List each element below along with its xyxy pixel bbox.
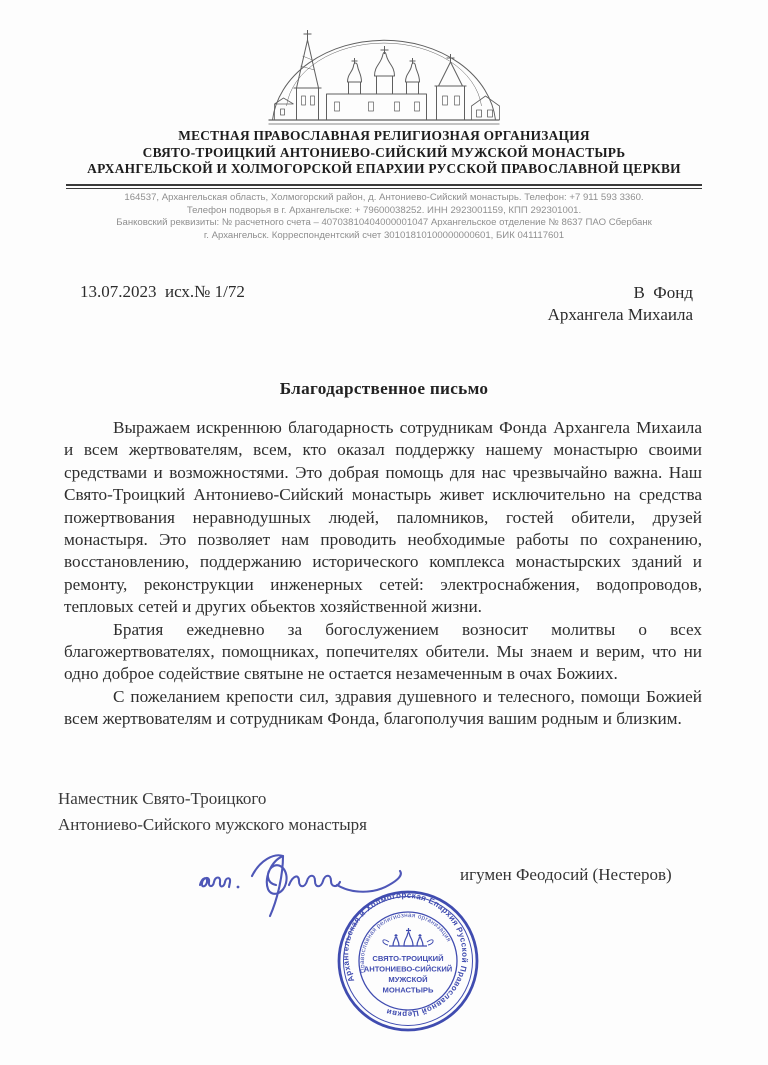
signoff-line-2: Антониево-Сийского мужского монастыря (58, 812, 367, 838)
contact-line-2: Телефон подворья в г. Архангельске: + 79… (40, 205, 728, 218)
org-name-line-1: МЕСТНАЯ ПРАВОСЛАВНАЯ РЕЛИГИОЗНАЯ ОРГАНИЗ… (0, 128, 768, 145)
signer-name: игумен Феодосий (Нестеров) (460, 865, 672, 885)
letter-title: Благодарственное письмо (0, 379, 768, 399)
body-paragraph-1: Выражаем искреннюю благодарность сотрудн… (64, 417, 702, 619)
signoff-line-1: Наместник Свято-Троицкого (58, 786, 367, 812)
monastery-logo (267, 16, 502, 133)
recipient-block: В Фонд Архангела Михаила (548, 282, 693, 325)
stamp-center-line-2: АНТОНИЕВО-СИЙСКИЙ (364, 965, 453, 974)
body-paragraph-2: Братия ежедневно за богослужением вознос… (64, 619, 702, 686)
body-paragraph-3: С пожеланием крепости сил, здравия душев… (64, 686, 702, 731)
org-name-line-3: АРХАНГЕЛЬСКОЙ И ХОЛМОГОРСКОЙ ЕПАРХИИ РУС… (0, 161, 768, 178)
contact-line-4: г. Архангельск. Корреспондентский счет 3… (40, 230, 728, 243)
stamp-center-line-4: МОНАСТЫРЬ (383, 986, 434, 995)
stamp-emblem-icon (383, 928, 433, 946)
header-divider (66, 184, 702, 189)
monastery-stamp-icon: Архангельская и Холмогорская Епархия Рус… (333, 886, 483, 1036)
stamp-center-line-1: СВЯТО-ТРОИЦКИЙ (372, 954, 443, 963)
signoff-position: Наместник Свято-Троицкого Антониево-Сийс… (58, 786, 367, 837)
letter-body: Выражаем искреннюю благодарность сотрудн… (64, 417, 702, 731)
recipient-line-1: В Фонд (548, 282, 693, 304)
stamp-center-line-3: МУЖСКОЙ (388, 975, 427, 984)
letter-page: МЕСТНАЯ ПРАВОСЛАВНАЯ РЕЛИГИОЗНАЯ ОРГАНИЗ… (0, 0, 768, 1065)
date-and-ref-number: 13.07.2023 исх.№ 1/72 (80, 282, 245, 302)
org-name-line-2: СВЯТО-ТРОИЦКИЙ АНТОНИЕВО-СИЙСКИЙ МУЖСКОЙ… (0, 145, 768, 162)
contact-line-3: Банковский реквизиты: № расчетного счета… (40, 217, 728, 230)
contact-line-1: 164537, Архангельская область, Холмогорс… (40, 192, 728, 205)
monastery-drawing-icon (267, 16, 502, 128)
contact-block: 164537, Архангельская область, Холмогорс… (40, 192, 728, 242)
recipient-line-2: Архангела Михаила (548, 304, 693, 326)
org-header: МЕСТНАЯ ПРАВОСЛАВНАЯ РЕЛИГИОЗНАЯ ОРГАНИЗ… (0, 128, 768, 178)
